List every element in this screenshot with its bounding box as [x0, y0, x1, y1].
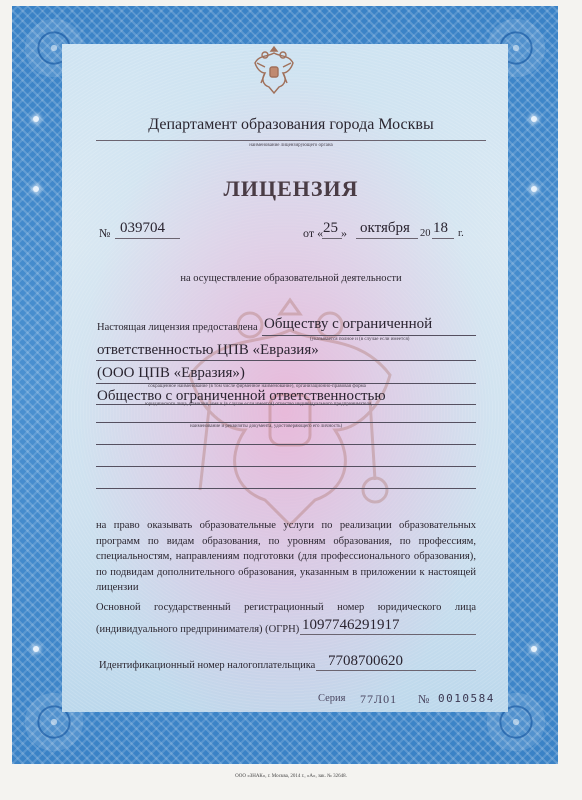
inn-underline [316, 670, 476, 671]
series-label: Серия [318, 693, 346, 704]
number-underline [115, 238, 180, 239]
date-day: 25 [323, 220, 338, 237]
licensee-name-line1: Обществу с ограниченной [264, 316, 432, 333]
date-year-prefix: 20 [420, 228, 431, 239]
ogrn-underline [300, 634, 476, 635]
printer-imprint: ООО «ЗНАК», г. Москва, 2014 г., «А», зак… [0, 774, 582, 779]
field-line [96, 422, 476, 423]
inn-label: Идентификационный номер налогоплательщик… [99, 660, 315, 671]
license-number: 039704 [120, 220, 165, 237]
rights-statement: на право оказывать образовательные услуг… [96, 518, 476, 596]
month-underline [356, 238, 418, 239]
field-line [96, 360, 476, 361]
coat-of-arms-eagle-icon [251, 43, 297, 99]
date-month: октября [360, 220, 410, 237]
id-document-caption: наименование и реквизиты документа, удос… [190, 424, 342, 429]
legal-form-caption: юридического лица, фамилия, имя и (в слу… [145, 402, 373, 407]
ogrn-label-line1: Основной государственный регистрационный… [96, 602, 476, 613]
license-number-label: № [99, 226, 110, 241]
series-value: 77Л01 [360, 692, 397, 707]
field-line [96, 488, 476, 489]
divider [96, 140, 486, 141]
licensing-authority: Департамент образования города Москвы [0, 116, 582, 134]
year-underline [432, 238, 454, 239]
licensee-short-name: (ООО ЦПВ «Евразия») [97, 365, 245, 382]
document-title: ЛИЦЕНЗИЯ [0, 176, 582, 202]
blank-number-label: № [418, 692, 429, 707]
border-dot-icon [33, 646, 39, 652]
ogrn-value: 1097746291917 [302, 617, 400, 634]
granted-to-label: Настоящая лицензия предоставлена [97, 322, 258, 333]
blank-number: 0010584 [438, 692, 495, 705]
date-year-suffix: г. [458, 228, 464, 239]
border-dot-icon [531, 646, 537, 652]
authority-caption: наименование лицензирующего органа [0, 143, 582, 148]
field-line [96, 444, 476, 445]
date-year: 18 [433, 220, 448, 237]
field-line [96, 466, 476, 467]
ogrn-label-line2: (индивидуального предпринимателя) (ОГРН) [96, 624, 299, 635]
licensee-name-line2: ответственностью ЦПВ «Евразия» [97, 342, 319, 359]
date-prefix: от « [303, 226, 323, 241]
full-name-caption: (указывается полное и (в случае если име… [310, 337, 409, 342]
day-underline [322, 238, 342, 239]
field-line [262, 335, 476, 336]
license-purpose: на осуществление образовательной деятель… [0, 273, 582, 284]
inn-value: 7708700620 [328, 653, 403, 670]
